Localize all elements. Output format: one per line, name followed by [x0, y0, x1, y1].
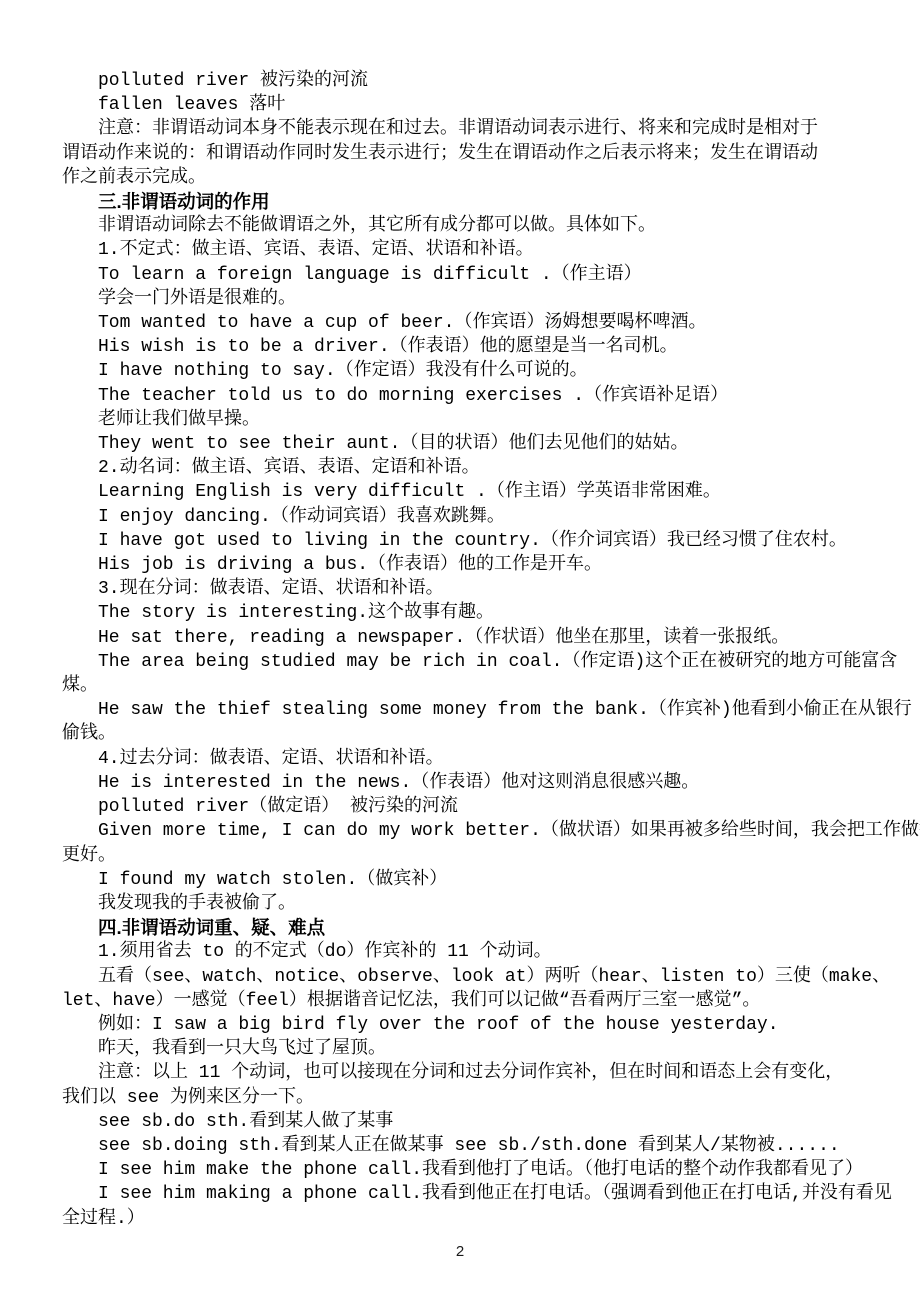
text-line: To learn a foreign language is difficult…	[62, 263, 862, 287]
text-line: 例如：I saw a big bird fly over the roof of…	[62, 1013, 862, 1037]
text-line: fallen leaves 落叶	[62, 93, 862, 117]
text-line: 偷钱。	[62, 722, 862, 746]
text-line: I found my watch stolen.（做宾补）	[62, 868, 862, 892]
section-heading: 四.非谓语动词重、疑、难点	[62, 916, 862, 940]
text-line: I have got used to living in the country…	[62, 529, 862, 553]
text-line: The teacher told us to do morning exerci…	[62, 384, 862, 408]
text-line: 煤。	[62, 674, 862, 698]
text-line: 3.现在分词：做表语、定语、状语和补语。	[62, 577, 862, 601]
text-line: I have nothing to say.（作定语）我没有什么可说的。	[62, 359, 862, 383]
text-line: His job is driving a bus.（作表语）他的工作是开车。	[62, 553, 862, 577]
text-line: 非谓语动词除去不能做谓语之外，其它所有成分都可以做。具体如下。	[62, 214, 862, 238]
text-line: polluted river 被污染的河流	[62, 69, 862, 93]
text-line: let、have）一感觉（feel）根据谐音记忆法，我们可以记做“吾看两厅三室一…	[62, 989, 862, 1013]
text-line: 注意：以上 11 个动词，也可以接现在分词和过去分词作宾补，但在时间和语态上会有…	[62, 1061, 862, 1085]
text-line: 4.过去分词：做表语、定语、状语和补语。	[62, 747, 862, 771]
text-line: 我发现我的手表被偷了。	[62, 892, 862, 916]
text-line: I see him make the phone call.我看到他打了电话。（…	[62, 1158, 862, 1182]
text-line: He saw the thief stealing some money fro…	[62, 698, 862, 722]
text-line: 老师让我们做早操。	[62, 408, 862, 432]
text-line: 作之前表示完成。	[62, 166, 862, 190]
text-line: see sb.do sth.看到某人做了某事	[62, 1110, 862, 1134]
text-line: 我们以 see 为例来区分一下。	[62, 1086, 862, 1110]
document-page: polluted river 被污染的河流fallen leaves 落叶注意：…	[0, 0, 920, 1302]
section-heading: 三.非谓语动词的作用	[62, 190, 862, 214]
text-line: 学会一门外语是很难的。	[62, 287, 862, 311]
text-line: see sb.doing sth.看到某人正在做某事 see sb./sth.d…	[62, 1134, 862, 1158]
text-line: His wish is to be a driver.（作表语）他的愿望是当一名…	[62, 335, 862, 359]
text-line: Tom wanted to have a cup of beer.（作宾语）汤姆…	[62, 311, 862, 335]
text-line: polluted river（做定语） 被污染的河流	[62, 795, 862, 819]
text-line: I see him making a phone call.我看到他正在打电话。…	[62, 1182, 862, 1206]
page-number: 2	[0, 1242, 920, 1262]
text-line: The area being studied may be rich in co…	[62, 650, 862, 674]
text-line: 五看（see、watch、notice、observe、look at）两听（h…	[62, 965, 862, 989]
text-line: He sat there, reading a newspaper.（作状语）他…	[62, 626, 862, 650]
text-line: 更好。	[62, 844, 862, 868]
text-line: Learning English is very difficult .（作主语…	[62, 480, 862, 504]
text-line: 全过程.）	[62, 1207, 862, 1231]
text-line: 2.动名词：做主语、宾语、表语、定语和补语。	[62, 456, 862, 480]
text-line: Given more time, I can do my work better…	[62, 819, 862, 843]
text-line: 谓语动作来说的：和谓语动作同时发生表示进行；发生在谓语动作之后表示将来；发生在谓…	[62, 142, 862, 166]
text-line: 1.不定式：做主语、宾语、表语、定语、状语和补语。	[62, 238, 862, 262]
text-line: 1.须用省去 to 的不定式（do）作宾补的 11 个动词。	[62, 940, 862, 964]
text-line: He is interested in the news.（作表语）他对这则消息…	[62, 771, 862, 795]
text-line: 注意：非谓语动词本身不能表示现在和过去。非谓语动词表示进行、将来和完成时是相对于	[62, 117, 862, 141]
text-line: The story is interesting.这个故事有趣。	[62, 601, 862, 625]
text-line: I enjoy dancing.（作动词宾语）我喜欢跳舞。	[62, 505, 862, 529]
text-line: 昨天，我看到一只大鸟飞过了屋顶。	[62, 1037, 862, 1061]
text-line: They went to see their aunt.（目的状语）他们去见他们…	[62, 432, 862, 456]
document-body: polluted river 被污染的河流fallen leaves 落叶注意：…	[62, 69, 862, 1231]
